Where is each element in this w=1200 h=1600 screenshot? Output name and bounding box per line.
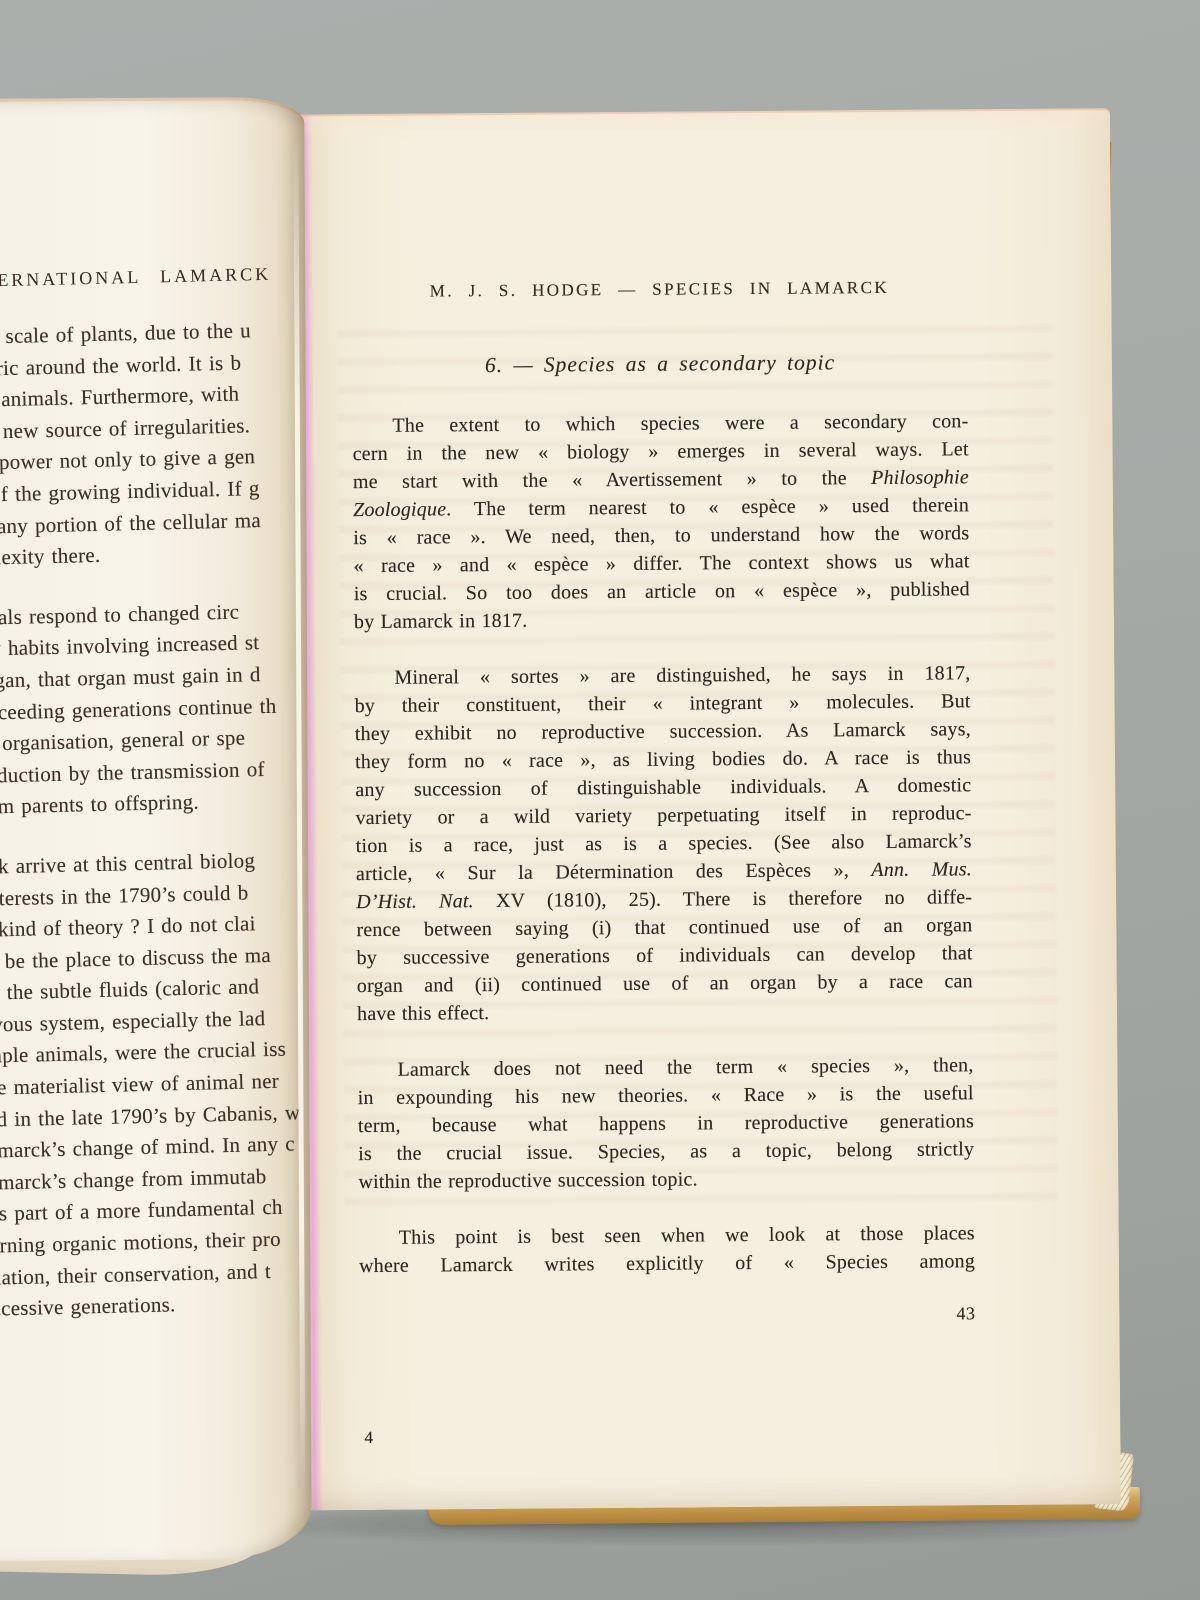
right-running-header: M. J. S. HODGE — SPECIES IN LAMARCK	[351, 277, 967, 302]
paragraph: Lamarck does not need the term « species…	[357, 1051, 974, 1196]
text-segment: rence between saying (i) that continued …	[356, 914, 972, 941]
text-segment: in organisation, general or spe	[0, 726, 245, 756]
text-segment: variety or a wild variety perpetuating i…	[355, 802, 971, 829]
text-segment: at the subtle fluids (caloric and	[0, 974, 260, 1004]
text-segment: is be the place to discuss the ma	[0, 943, 271, 974]
text-segment: he materialist view of animal ner	[0, 1069, 279, 1100]
text-segment: me start with the « Avertissement » to t…	[353, 467, 871, 493]
text-segment: within the reproductive succession topic…	[358, 1168, 698, 1193]
text-segment: . The term nearest to « espèce » used th…	[446, 494, 969, 520]
text-line: is the crucial issue. Species, as a topi…	[358, 1135, 974, 1168]
text-segment: ew habits involving increased st	[0, 630, 260, 661]
text-segment: Mineral « sortes » are distinguished, he…	[394, 662, 970, 689]
text-line: by Lamarck in 1817.	[354, 603, 970, 636]
text-segment: term, because what happens in reproducti…	[358, 1110, 974, 1137]
text-segment: cern in the new « biology » emerges in s…	[353, 438, 969, 465]
text-segment: organ, that organ must gain in d	[0, 662, 261, 693]
text-segment: any succession of distinguishable indivi…	[355, 774, 971, 801]
text-segment: « race » and « espèce » differ. The cont…	[353, 550, 969, 577]
text-segment: rck arrive at this central biolog	[0, 848, 255, 878]
paragraph: imals respond to changed circew habits i…	[0, 589, 312, 823]
paragraph: This point is best seen when we look at …	[359, 1219, 975, 1280]
left-page-text: NTERNATIONAL LAMARCK ced scale of plants…	[0, 258, 312, 1354]
text-segment: amarck’s change of mind. In any c	[0, 1132, 295, 1163]
text-segment: ne power not only to give a gen	[0, 445, 255, 476]
text-segment: ccessive generations.	[0, 1292, 176, 1320]
text-segment: organ and (ii) continued use of an organ…	[357, 970, 973, 997]
right-page-text: M. J. S. HODGE — SPECIES IN LAMARCK 6. —…	[351, 277, 975, 1329]
left-body-text: ced scale of plants, due to the ualoric …	[0, 309, 312, 1326]
italic-text: Zoologique	[353, 498, 446, 521]
text-segment: roduction by the transmission of	[0, 757, 265, 788]
text-segment: they exhibit no reproductive succession.…	[355, 718, 971, 745]
text-segment: erning organic motions, their pro	[0, 1227, 281, 1258]
text-segment: s kind of theory ? I do not clai	[0, 911, 256, 941]
text-segment: ucceeding generations continue th	[0, 693, 277, 724]
right-body-text: The extent to which species were a secon…	[352, 407, 975, 1280]
text-segment: is crucial. So too does an article on « …	[354, 578, 970, 605]
text-segment: as part of a more fundamental ch	[0, 1195, 283, 1226]
text-segment: by their constituent, their « integrant …	[355, 690, 971, 717]
paragraph: rck arrive at this central biologinteres…	[0, 838, 312, 1325]
text-segment: est animals. Furthermore, with	[0, 382, 240, 412]
italic-text: D’Hist. Nat.	[356, 890, 474, 913]
text-segment: ced scale of plants, due to the u	[0, 318, 251, 349]
paragraph: The extent to which species were a secon…	[352, 407, 970, 636]
text-segment: in expounding his new theories. « Race »…	[358, 1082, 974, 1109]
text-segment: XV (1810), 25). There is therefore no di…	[474, 886, 973, 912]
text-segment: by Lamarck in 1817.	[354, 610, 528, 633]
text-line: within the reproductive succession topic…	[358, 1163, 974, 1196]
text-segment: mple animals, were the crucial iss	[0, 1037, 286, 1068]
paragraph: ced scale of plants, due to the ualoric …	[0, 309, 312, 575]
text-segment: tion is a race, just as is a species. (S…	[356, 830, 972, 857]
text-segment: rom parents to offspring.	[0, 790, 199, 819]
italic-text: Philosophie	[871, 466, 969, 489]
text-segment: they form no « race », as living bodies …	[355, 746, 971, 773]
text-segment: have this effect.	[357, 1002, 489, 1025]
left-page: NTERNATIONAL LAMARCK ced scale of plants…	[0, 97, 312, 1561]
text-segment: aloric around the world. It is b	[0, 350, 241, 380]
italic-text: Ann. Mus.	[871, 858, 972, 881]
signature-mark: 4	[364, 1428, 373, 1448]
text-segment: is the crucial issue. Species, as a topi…	[358, 1138, 974, 1165]
text-segment: s a new source of irregularities.	[0, 413, 250, 444]
page-number: 43	[359, 1303, 975, 1329]
text-segment: interests in the 1790’s could b	[0, 880, 249, 910]
text-segment: imals respond to changed circ	[0, 599, 239, 629]
text-line: organ and (ii) continued use of an organ…	[357, 967, 973, 1000]
right-page: M. J. S. HODGE — SPECIES IN LAMARCK 6. —…	[296, 108, 1121, 1510]
text-line: is crucial. So too does an article on « …	[354, 575, 970, 608]
text-segment: nplexity there.	[0, 543, 101, 570]
text-segment: ed in the late 1790’s by Cabanis, w	[0, 1100, 300, 1131]
text-segment: amarck’s change from immutab	[0, 1164, 267, 1195]
paragraph: Mineral « sortes » are distinguished, he…	[354, 659, 973, 1028]
text-line: have this effect.	[357, 995, 973, 1028]
text-segment: y of the growing individual. If g	[0, 476, 260, 507]
text-segment: uation, their conservation, and t	[0, 1259, 271, 1290]
text-segment: article, « Sur la Détermination des Espè…	[356, 859, 872, 885]
text-segment: in any portion of the cellular ma	[0, 508, 261, 539]
text-segment: rvous system, especially the lad	[0, 1006, 266, 1037]
book-photo: { "photo": { "background_color": "#a4a8a…	[0, 0, 1200, 1600]
text-segment: The extent to which species were a secon…	[392, 410, 968, 437]
text-line: where Lamarck writes explicitly of « Spe…	[359, 1247, 975, 1280]
text-segment: Lamarck does not need the term « species…	[397, 1054, 973, 1081]
section-heading: 6. — Species as a secondary topic	[352, 349, 968, 379]
text-segment: by successive generations of individuals…	[357, 942, 973, 969]
left-running-header: NTERNATIONAL LAMARCK	[0, 258, 312, 292]
text-segment: where Lamarck writes explicitly of « Spe…	[359, 1250, 975, 1277]
text-segment: is « race ». We need, then, to understan…	[353, 522, 969, 549]
text-segment: This point is best seen when we look at …	[399, 1222, 975, 1249]
